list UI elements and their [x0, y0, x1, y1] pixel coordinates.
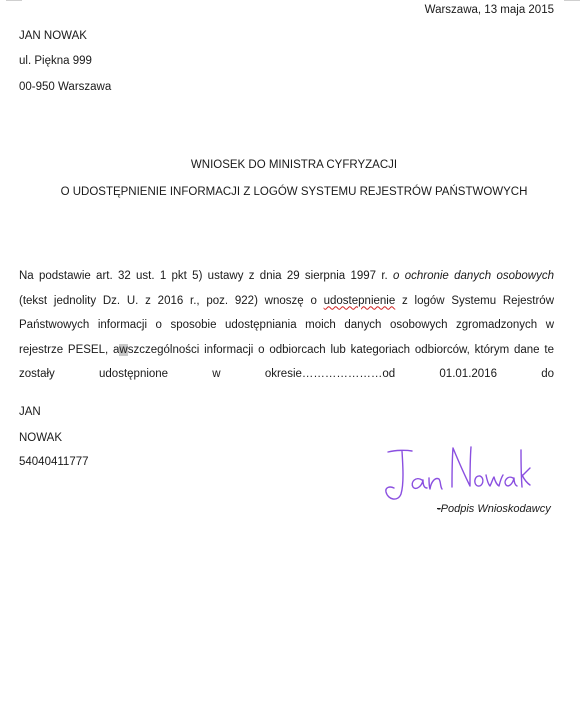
- place-and-date: Warszawa, 13 maja 2015: [425, 4, 554, 16]
- body-line-5: zostały udostępnione w okresie…………………od …: [19, 362, 554, 387]
- signature-caption: -Podpis Wnioskodawcy: [437, 503, 551, 515]
- document-subtitle: O UDOSTĘPNIENIE INFORMACJI Z LOGÓW SYSTE…: [0, 186, 588, 198]
- signer-first-name: JAN: [19, 406, 41, 418]
- signer-pesel: 54040411777: [19, 456, 89, 468]
- body-line-2: (tekst jednolity Dz. U. z 2016 r., poz. …: [19, 289, 554, 314]
- sender-city: 00-950 Warszawa: [19, 81, 111, 93]
- handwritten-signature: [382, 442, 532, 504]
- text-selection[interactable]: w: [119, 344, 127, 356]
- page-corner-mark-left: [6, 0, 22, 1]
- page-corner-mark-right: [564, 0, 580, 1]
- body-line-3: Państwowych informacji o sposobie udostę…: [19, 313, 554, 338]
- body-line-4: rejestrze PESEL, awszczególności informa…: [19, 338, 554, 363]
- document-title: WNIOSEK DO MINISTRA CYFRYZACJI: [0, 159, 588, 171]
- body-line-1: Na podstawie art. 32 ust. 1 pkt 5) ustaw…: [19, 264, 554, 289]
- sender-name: JAN NOWAK: [19, 30, 87, 42]
- act-title: o ochronie danych osobowych: [393, 270, 554, 282]
- signer-last-name: NOWAK: [19, 432, 62, 444]
- request-body[interactable]: Na podstawie art. 32 ust. 1 pkt 5) ustaw…: [19, 264, 554, 387]
- misspelled-word[interactable]: udostepnienie: [324, 295, 396, 307]
- sender-street: ul. Piękna 999: [19, 55, 92, 67]
